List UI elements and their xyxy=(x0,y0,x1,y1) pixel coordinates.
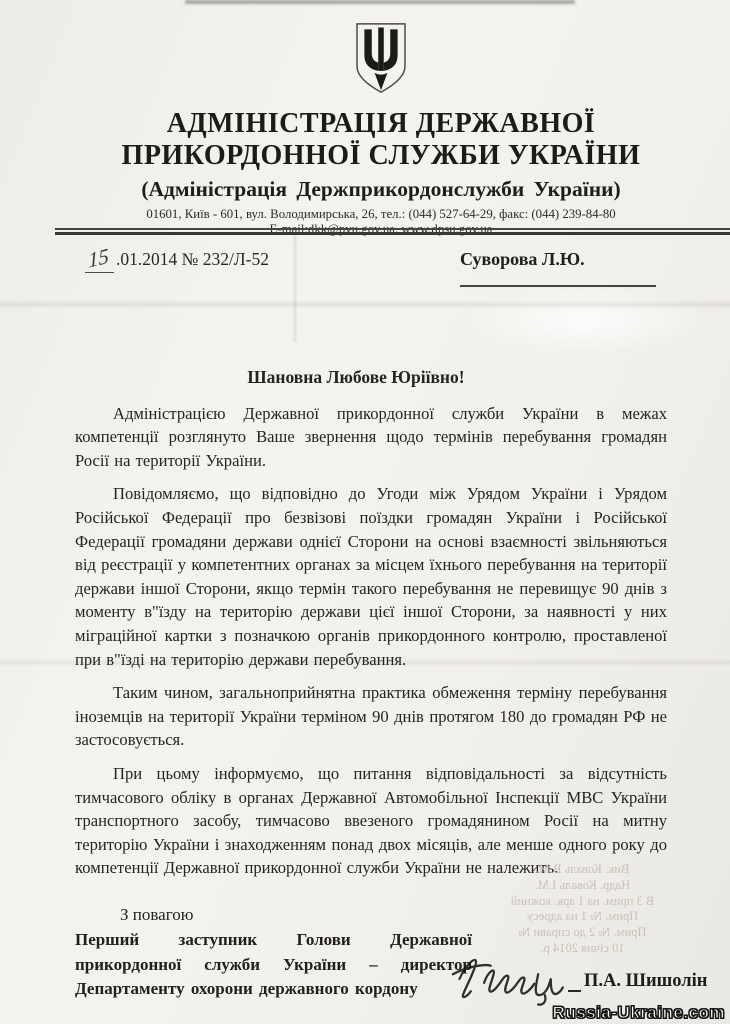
addressee-underline xyxy=(460,285,656,287)
signer-title: Перший заступник Голови Державної прикор… xyxy=(75,928,472,1002)
bleedthrough-line: Надр. Коваль І.М. xyxy=(465,878,700,894)
org-address: 01601, Київ - 601, вул. Володимирська, 2… xyxy=(40,207,722,221)
bleedthrough-line: Прим. № 1 на адресу xyxy=(465,909,700,925)
handwritten-signature xyxy=(450,948,578,1008)
bleedthrough-line: Вик. Коваль В.М. xyxy=(465,862,700,878)
signature-underscore xyxy=(568,990,581,992)
paragraph-2: Повідомляємо, що відповідно до Угоди між… xyxy=(75,482,667,671)
paragraph-3: Таким чином, загальноприйнятна практика … xyxy=(75,681,667,752)
site-watermark: Russia-Ukraine.com xyxy=(553,1003,725,1023)
reference-row: 15.01.2014 № 232/Л-52 Суворова Л.Ю. xyxy=(85,249,690,287)
signer-name: П.А. Шишолін xyxy=(584,971,707,992)
scan-artifact-top-smudge xyxy=(185,0,575,4)
org-name-line1: АДМІНІСТРАЦІЯ ДЕРЖАВНОЇ xyxy=(40,108,722,140)
handwritten-day-underline: 15 xyxy=(85,249,114,273)
scanned-letter-page: АДМІНІСТРАЦІЯ ДЕРЖАВНОЇ ПРИКОРДОННОЇ СЛУ… xyxy=(0,0,730,1024)
paper-fold-crease xyxy=(0,300,730,309)
divider-thin-line xyxy=(55,228,730,230)
addressee-block: Суворова Л.Ю. xyxy=(460,249,656,287)
letter-body: Шановна Любове Юріївно! Адміністрацією Д… xyxy=(75,366,667,926)
handwritten-day: 15 xyxy=(86,246,112,270)
scan-glare xyxy=(465,285,705,355)
org-name-line2: ПРИКОРДОННОЇ СЛУЖБИ УКРАЇНИ xyxy=(40,140,722,172)
bleedthrough-line: В 3 прим. на 1 арк. кожний xyxy=(465,894,700,910)
salutation: Шановна Любове Юріївно! xyxy=(75,366,637,390)
ukraine-trident-emblem-icon xyxy=(352,22,410,94)
letterhead-divider xyxy=(55,228,730,235)
signature-area: П.А. Шишолін xyxy=(472,928,718,1002)
paragraph-1: Адміністрацією Державної прикордонної сл… xyxy=(75,402,667,473)
outgoing-number: .01.2014 № 232/Л-52 xyxy=(116,249,269,269)
signature-block: Перший заступник Голови Державної прикор… xyxy=(75,928,718,1002)
org-alt-name: (Адміністрація Держприкордонслужби Украї… xyxy=(40,177,722,201)
divider-thick-line xyxy=(55,232,730,235)
reference-number-line: 15.01.2014 № 232/Л-52 xyxy=(85,249,269,273)
addressee-name: Суворова Л.Ю. xyxy=(460,249,656,269)
letterhead: АДМІНІСТРАЦІЯ ДЕРЖАВНОЇ ПРИКОРДОННОЇ СЛУ… xyxy=(40,22,722,236)
